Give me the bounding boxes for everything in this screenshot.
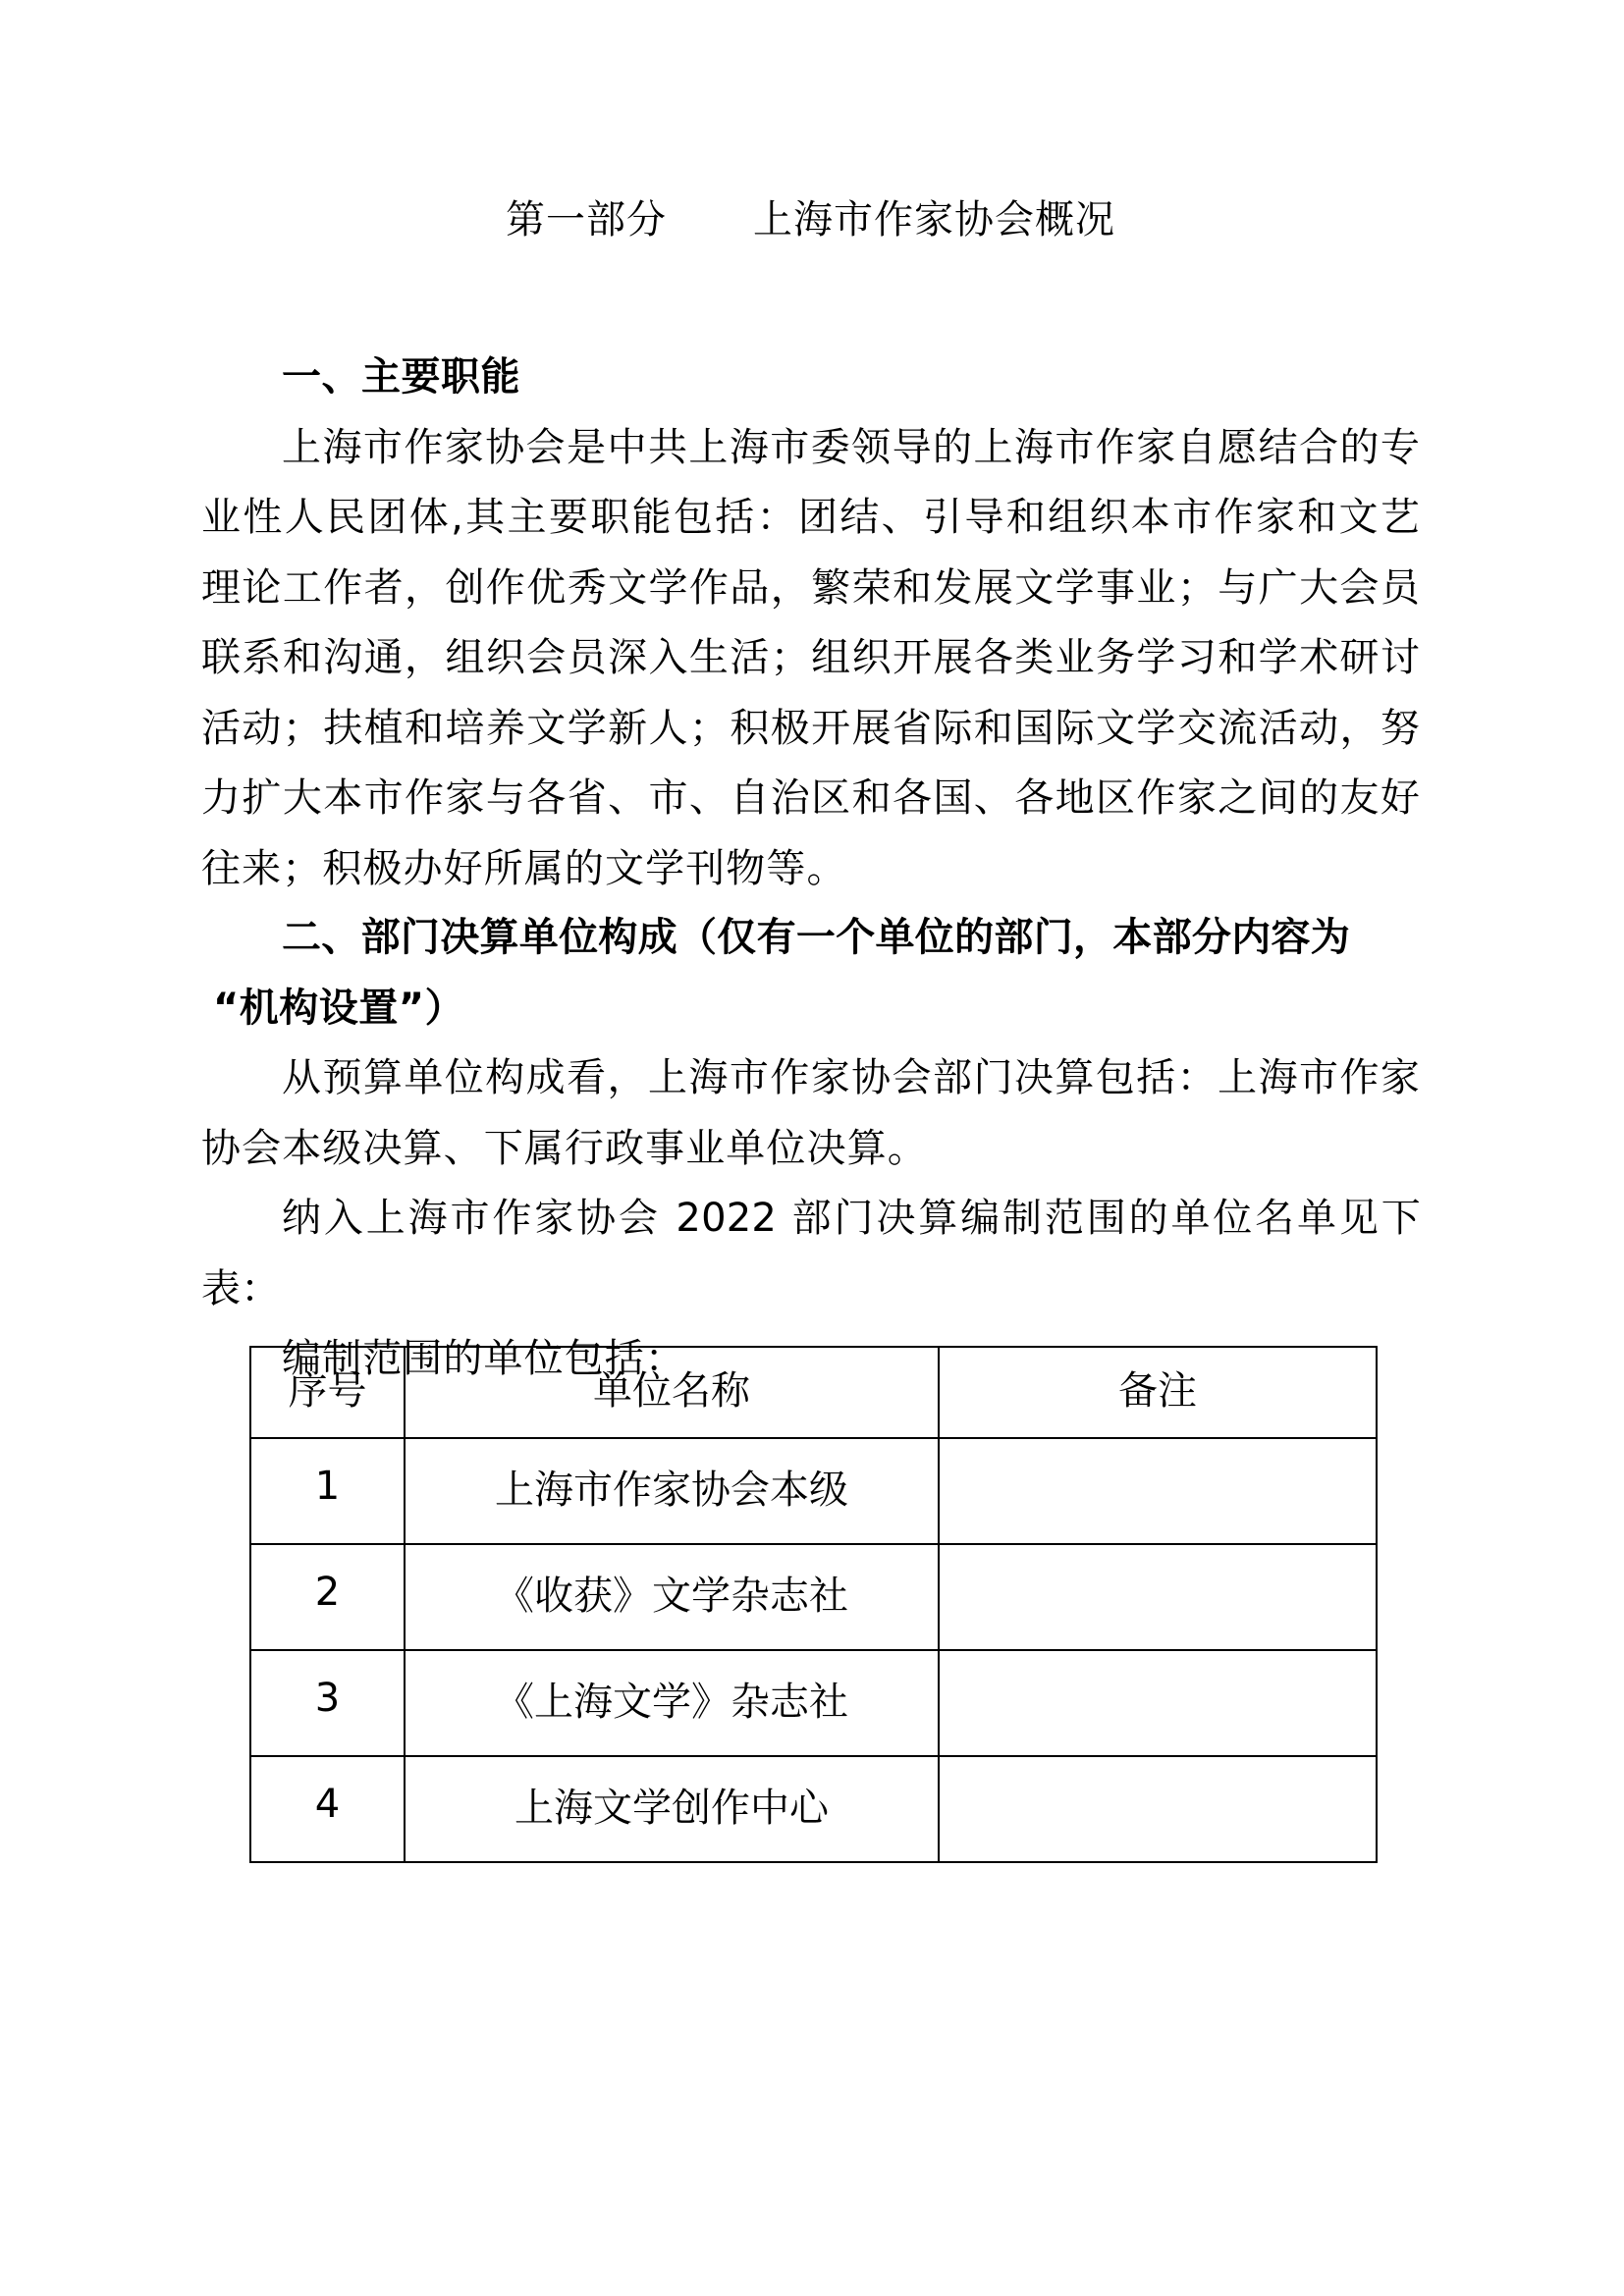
page-title: 第一部分上海市作家协会概况	[506, 194, 1115, 245]
cell-number: 2	[250, 1544, 405, 1650]
cell-number: 1	[250, 1438, 405, 1544]
cell-unit-name: 《收获》文学杂志社	[405, 1544, 939, 1650]
section-main-functions: 一、主要职能 上海市作家协会是中共上海市委领导的上海市作家自愿结合的专业性人民团…	[201, 343, 1421, 904]
cell-number: 3	[250, 1650, 405, 1756]
column-header-number: 序号	[250, 1347, 405, 1438]
cell-remarks	[939, 1438, 1377, 1544]
section-heading-unit-composition-cont: “机构设置”）	[213, 974, 1421, 1044]
cell-unit-name: 上海市作家协会本级	[405, 1438, 939, 1544]
cell-number: 4	[250, 1756, 405, 1862]
column-header-remarks: 备注	[939, 1347, 1377, 1438]
section-unit-composition: 二、部门决算单位构成（仅有一个单位的部门，本部分内容为 “机构设置”） 从预算单…	[201, 903, 1421, 1395]
section-heading-main-functions: 一、主要职能	[201, 343, 1421, 413]
table-row: 2 《收获》文学杂志社	[250, 1544, 1377, 1650]
unit-list-intro: 纳入上海市作家协会 2022 部门决算编制范围的单位名单见下表：	[201, 1184, 1421, 1324]
cell-remarks	[939, 1650, 1377, 1756]
cell-remarks	[939, 1756, 1377, 1862]
cell-unit-name: 《上海文学》杂志社	[405, 1650, 939, 1756]
section-heading-unit-composition: 二、部门决算单位构成（仅有一个单位的部门，本部分内容为	[201, 903, 1421, 974]
table-row: 3 《上海文学》杂志社	[250, 1650, 1377, 1756]
cell-unit-name: 上海文学创作中心	[405, 1756, 939, 1862]
main-functions-paragraph: 上海市作家协会是中共上海市委领导的上海市作家自愿结合的专业性人民团体,其主要职能…	[201, 413, 1421, 905]
table-header-row: 序号 单位名称 备注	[250, 1347, 1377, 1438]
cell-remarks	[939, 1544, 1377, 1650]
title-organization-overview: 上海市作家协会概况	[753, 194, 1115, 245]
unit-scope-table: 序号 单位名称 备注 1 上海市作家协会本级 2 《收获》文学杂志社 3 《上海…	[249, 1346, 1378, 1863]
title-part-label: 第一部分	[506, 194, 667, 245]
table-row: 1 上海市作家协会本级	[250, 1438, 1377, 1544]
table-row: 4 上海文学创作中心	[250, 1756, 1377, 1862]
unit-composition-paragraph: 从预算单位构成看，上海市作家协会部门决算包括：上海市作家协会本级决算、下属行政事…	[201, 1043, 1421, 1184]
column-header-unit-name: 单位名称	[405, 1347, 939, 1438]
document-page: 第一部分上海市作家协会概况 一、主要职能 上海市作家协会是中共上海市委领导的上海…	[0, 0, 1624, 2296]
